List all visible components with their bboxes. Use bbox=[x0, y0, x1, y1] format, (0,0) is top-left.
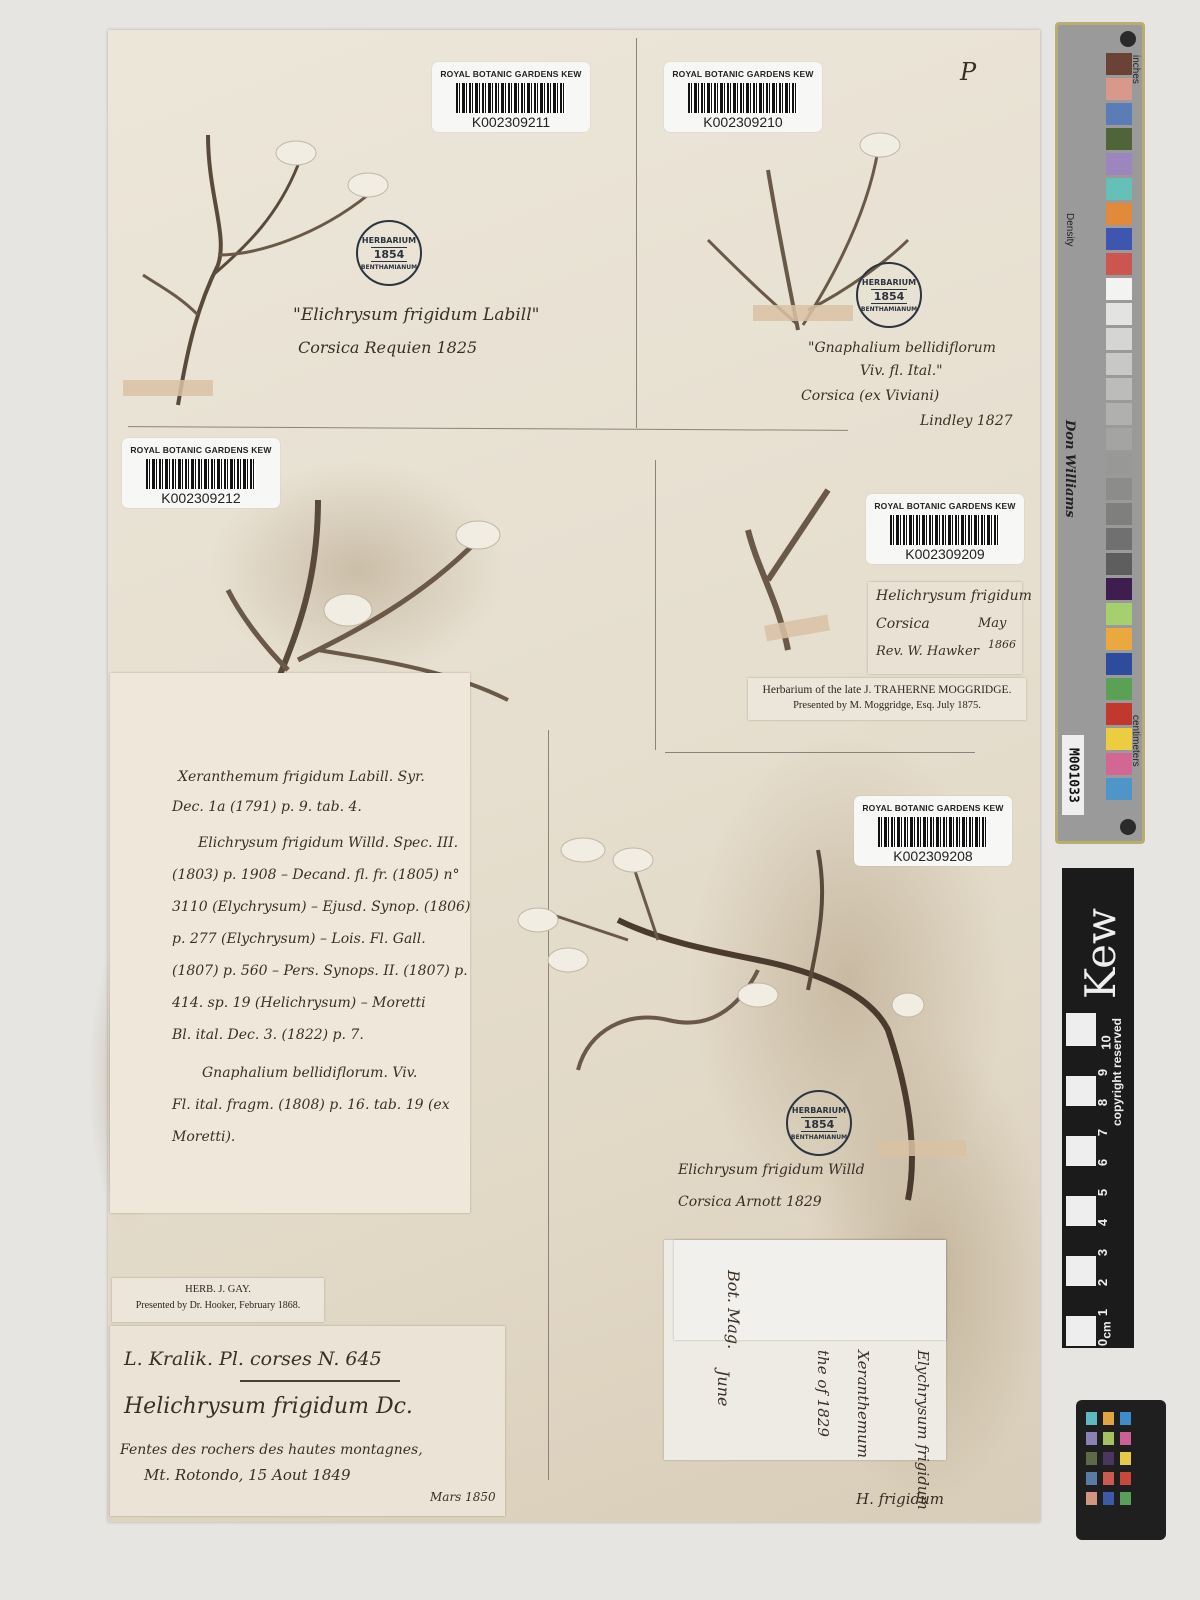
color-swatch bbox=[1106, 478, 1132, 500]
scale-number: 2 bbox=[1095, 1279, 1110, 1286]
scale-number: 5 bbox=[1095, 1189, 1110, 1196]
color-swatch bbox=[1106, 153, 1132, 175]
specimen-210-collector: Lindley 1827 bbox=[920, 413, 1013, 429]
scale-segment bbox=[1066, 1103, 1096, 1136]
barcode-org: ROYAL BOTANIC GARDENS KEW bbox=[854, 803, 1012, 813]
color-swatch bbox=[1106, 353, 1132, 375]
color-swatch bbox=[1106, 128, 1132, 150]
pencil-divider bbox=[636, 38, 637, 428]
color-swatch bbox=[1106, 553, 1132, 575]
herbarium-sheet: P HERBARIUM1854BENTHAMIANUM "Elichrysum … bbox=[108, 30, 1040, 1522]
scale-number: 6 bbox=[1095, 1159, 1110, 1166]
specimen-210-reference: Viv. fl. Ital." bbox=[860, 363, 943, 379]
color-swatch bbox=[1106, 228, 1132, 250]
checker-patch bbox=[1103, 1472, 1114, 1485]
synonymy-line: 3110 (Elychrysum) – Ejusd. Synop. (1806) bbox=[172, 899, 470, 915]
color-swatch bbox=[1106, 78, 1132, 100]
color-swatch bbox=[1106, 178, 1132, 200]
specimen-208-locality: Corsica Arnott 1829 bbox=[678, 1194, 822, 1210]
cm-unit: cm bbox=[1100, 1321, 1114, 1338]
synonymy-line: 414. sp. 19 (Helichrysum) – Moretti bbox=[172, 995, 426, 1011]
barcode-number: K002309210 bbox=[664, 114, 822, 130]
specimen-209-label: Helichrysum frigidum Corsica May Rev. W.… bbox=[868, 582, 1022, 674]
mounting-tape bbox=[753, 305, 853, 321]
corner-mark: P bbox=[960, 58, 976, 86]
specimen-210-locality: Corsica (ex Viviani) bbox=[801, 388, 939, 404]
barcode-org: ROYAL BOTANIC GARDENS KEW bbox=[432, 69, 590, 79]
barcode-bars bbox=[890, 515, 1001, 545]
scale-number: 1 bbox=[1095, 1309, 1110, 1316]
ruler-dot bbox=[1120, 819, 1136, 835]
color-swatch bbox=[1106, 603, 1132, 625]
color-swatch bbox=[1106, 578, 1132, 600]
checker-patch bbox=[1086, 1432, 1097, 1445]
synonymy-line: (1807) p. 560 – Pers. Synops. II. (1807)… bbox=[172, 963, 468, 979]
color-calibration-ruler: inches Density Don Williams M001033 cent… bbox=[1055, 22, 1145, 844]
moggridge-label-line2: Presented by M. Moggridge, Esq. July 187… bbox=[748, 700, 1026, 711]
color-swatch bbox=[1106, 253, 1132, 275]
packet-text: Bot. Mag. bbox=[724, 1270, 743, 1349]
barcode-org: ROYAL BOTANIC GARDENS KEW bbox=[866, 501, 1024, 511]
kralik-taxon: Helichrysum frigidum Dc. bbox=[124, 1394, 413, 1419]
color-swatch bbox=[1106, 503, 1132, 525]
kralik-locality-date: Mt. Rotondo, 15 Aout 1849 bbox=[144, 1466, 350, 1484]
copyright-text: copyright reserved bbox=[1110, 1018, 1124, 1126]
color-swatch bbox=[1106, 703, 1132, 725]
checker-patch bbox=[1120, 1452, 1131, 1465]
specimen-209-year: 1866 bbox=[988, 638, 1016, 651]
synonymy-line: Bl. ital. Dec. 3. (1822) p. 7. bbox=[172, 1027, 364, 1043]
checker-patch bbox=[1103, 1452, 1114, 1465]
packet-flap[interactable] bbox=[674, 1240, 946, 1340]
specimen-209-collector: Rev. W. Hawker bbox=[876, 644, 979, 659]
barcode-number: K002309211 bbox=[432, 114, 590, 130]
kralik-habitat: Fentes des rochers des hautes montagnes, bbox=[120, 1442, 423, 1458]
scale-segment bbox=[1066, 1133, 1096, 1166]
ruler-brand: Don Williams bbox=[1062, 420, 1077, 518]
specimen-209-month: May bbox=[978, 616, 1006, 631]
ruler-density-label: Density bbox=[1064, 213, 1075, 246]
plant-specimen-211 bbox=[138, 125, 398, 415]
gay-label-line2: Presented by Dr. Hooker, February 1868. bbox=[112, 1300, 324, 1311]
color-swatch bbox=[1106, 528, 1132, 550]
checker-patch bbox=[1103, 1412, 1114, 1425]
scale-segment bbox=[1066, 1283, 1096, 1316]
packet-text: the of 1829 bbox=[814, 1350, 832, 1437]
barcode-bars bbox=[688, 83, 799, 113]
specimen-packet: Bot. Mag. June Elychrysum frigidum Xeran… bbox=[664, 1240, 946, 1460]
checker-patch bbox=[1086, 1492, 1097, 1505]
packet-text: June bbox=[714, 1370, 733, 1407]
scale-number: 7 bbox=[1095, 1129, 1110, 1136]
mounting-tape bbox=[123, 380, 213, 396]
barcode-label-211: ROYAL BOTANIC GARDENS KEW K002309211 bbox=[432, 62, 590, 132]
color-swatch bbox=[1106, 53, 1132, 75]
checker-patch bbox=[1120, 1472, 1131, 1485]
underline bbox=[240, 1380, 400, 1382]
scale-number: 4 bbox=[1095, 1219, 1110, 1226]
scale-number: 3 bbox=[1095, 1249, 1110, 1256]
color-swatch bbox=[1106, 453, 1132, 475]
synonymy-line: Gnaphalium bellidiflorum. Viv. bbox=[202, 1065, 417, 1081]
color-swatch bbox=[1106, 778, 1132, 800]
color-swatch bbox=[1106, 103, 1132, 125]
gay-label-line1: HERB. J. GAY. bbox=[112, 1284, 324, 1295]
scale-number: 10 bbox=[1099, 1035, 1114, 1049]
scale-segment bbox=[1066, 1013, 1096, 1046]
pencil-divider bbox=[128, 426, 848, 431]
kew-logo: Kew bbox=[1076, 908, 1125, 999]
herbarium-stamp: HERBARIUM1854BENTHAMIANUM bbox=[786, 1090, 852, 1156]
color-swatch bbox=[1106, 678, 1132, 700]
packet-text: Elychrysum frigidum bbox=[914, 1350, 932, 1510]
scale-segment bbox=[1066, 1223, 1096, 1256]
color-swatch bbox=[1106, 428, 1132, 450]
ruler-code: M001033 bbox=[1062, 735, 1084, 815]
scale-segment bbox=[1066, 1313, 1096, 1346]
checker-patch bbox=[1086, 1412, 1097, 1425]
barcode-label-210: ROYAL BOTANIC GARDENS KEW K002309210 bbox=[664, 62, 822, 132]
color-swatch bbox=[1106, 303, 1132, 325]
synonymy-line: (1803) p. 1908 – Decand. fl. fr. (1805) … bbox=[172, 867, 459, 883]
pencil-divider bbox=[655, 460, 656, 750]
synonymy-line: Dec. 1a (1791) p. 9. tab. 4. bbox=[172, 799, 362, 815]
scale-segment bbox=[1066, 1193, 1096, 1226]
color-swatch bbox=[1106, 753, 1132, 775]
mars-note: Mars 1850 bbox=[430, 1490, 496, 1504]
herbarium-stamp: HERBARIUM1854BENTHAMIANUM bbox=[356, 220, 422, 286]
scale-segment bbox=[1066, 1253, 1096, 1286]
barcode-bars bbox=[456, 83, 567, 113]
checker-patch bbox=[1086, 1452, 1097, 1465]
color-swatch bbox=[1106, 328, 1132, 350]
specimen-211-locality: Corsica Requien 1825 bbox=[298, 338, 477, 357]
moggridge-label-line1: Herbarium of the late J. TRAHERNE MOGGRI… bbox=[748, 684, 1026, 696]
kew-scale-bar: Kew copyright reserved 012345678910 cm bbox=[1062, 868, 1134, 1348]
specimen-210-name: "Gnaphalium bellidiflorum bbox=[808, 340, 996, 356]
synonymy-line: Elichrysum frigidum Willd. Spec. III. bbox=[198, 835, 458, 851]
barcode-label-209: ROYAL BOTANIC GARDENS KEW K002309209 bbox=[866, 494, 1024, 564]
color-swatch bbox=[1106, 653, 1132, 675]
packet-text: Xeranthemum bbox=[854, 1350, 872, 1458]
cm-scale: 012345678910 bbox=[1066, 1013, 1096, 1343]
checker-patch bbox=[1120, 1492, 1131, 1505]
checker-patch bbox=[1120, 1432, 1131, 1445]
color-swatch bbox=[1106, 278, 1132, 300]
checker-patch bbox=[1120, 1412, 1131, 1425]
checker-patch bbox=[1086, 1472, 1097, 1485]
barcode-org: ROYAL BOTANIC GARDENS KEW bbox=[122, 445, 280, 455]
barcode-org: ROYAL BOTANIC GARDENS KEW bbox=[664, 69, 822, 79]
specimen-209-locality: Corsica bbox=[876, 616, 930, 632]
scale-number: 9 bbox=[1095, 1069, 1110, 1076]
synonymy-sheet: Xeranthemum frigidum Labill. Syr. Dec. 1… bbox=[110, 673, 470, 1213]
scale-number: 0 bbox=[1095, 1339, 1110, 1346]
checker-patch bbox=[1103, 1432, 1114, 1445]
scale-segment bbox=[1066, 1073, 1096, 1106]
barcode-number: K002309209 bbox=[866, 546, 1024, 562]
kralik-label: L. Kralik. Pl. corses N. 645 Helichrysum… bbox=[110, 1326, 505, 1516]
pencil-divider bbox=[665, 752, 975, 753]
synonymy-line: p. 277 (Elychrysum) – Lois. Fl. Gall. bbox=[172, 931, 426, 947]
synonymy-line: Xeranthemum frigidum Labill. Syr. bbox=[178, 769, 425, 785]
bottom-right-name: H. frigidum bbox=[856, 1490, 944, 1508]
synonymy-line: Moretti). bbox=[172, 1129, 235, 1145]
scale-number: 8 bbox=[1095, 1099, 1110, 1106]
color-swatch bbox=[1106, 403, 1132, 425]
synonymy-line: Fl. ital. fragm. (1808) p. 16. tab. 19 (… bbox=[172, 1097, 450, 1113]
color-checker-card bbox=[1076, 1400, 1166, 1540]
ruler-dot bbox=[1120, 31, 1136, 47]
scale-segment bbox=[1066, 1163, 1096, 1196]
kralik-collection: L. Kralik. Pl. corses N. 645 bbox=[124, 1348, 382, 1370]
specimen-211-name: "Elichrysum frigidum Labill" bbox=[293, 305, 539, 325]
mounting-tape bbox=[876, 1140, 966, 1156]
gay-herbarium-label: HERB. J. GAY. Presented by Dr. Hooker, F… bbox=[112, 1278, 324, 1322]
specimen-208-name: Elichrysum frigidum Willd bbox=[678, 1162, 865, 1178]
herbarium-stamp: HERBARIUM1854BENTHAMIANUM bbox=[856, 262, 922, 328]
scale-segment bbox=[1066, 1043, 1096, 1076]
specimen-209-name: Helichrysum frigidum bbox=[876, 588, 1032, 604]
color-swatch bbox=[1106, 378, 1132, 400]
color-swatch bbox=[1106, 628, 1132, 650]
moggridge-label: Herbarium of the late J. TRAHERNE MOGGRI… bbox=[748, 678, 1026, 720]
color-swatch bbox=[1106, 203, 1132, 225]
checker-patch bbox=[1103, 1492, 1114, 1505]
color-swatch bbox=[1106, 728, 1132, 750]
